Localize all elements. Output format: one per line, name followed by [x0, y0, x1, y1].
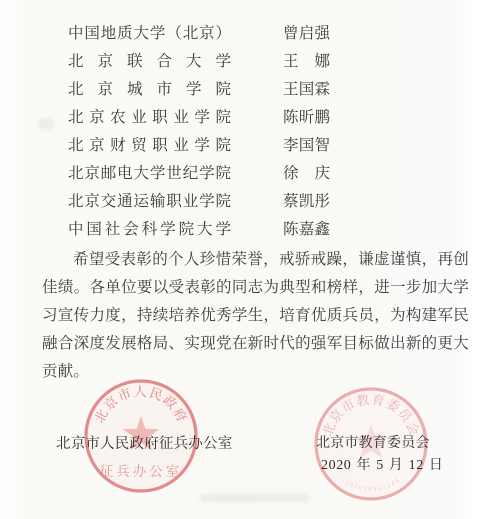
- award-row: 中国社会科学院大学 陈嘉鑫: [68, 216, 477, 244]
- awardee-name: 陈昕鹏: [283, 104, 330, 132]
- university-name: 中国地质大学（北京）: [68, 20, 231, 48]
- scan-smudge: [38, 118, 54, 130]
- awardee-name: 李国智: [283, 132, 330, 160]
- signature-recruitment-office: 北京市人民政府征兵办公室: [56, 432, 232, 453]
- awardee-name: 陈嘉鑫: [283, 216, 330, 244]
- award-row: 北京邮电大学世纪学院 徐庆: [68, 160, 477, 188]
- commendation-document-page: 中国地质大学（北京） 曾启强 北京联合大学 王娜 北京城市学院 王国霖 北京农业…: [0, 0, 477, 519]
- awardee-name: 曾启强: [283, 20, 330, 48]
- signature-education-commission: 北京市教育委员会: [316, 432, 430, 452]
- award-list: 中国地质大学（北京） 曾启强 北京联合大学 王娜 北京城市学院 王国霖 北京农业…: [0, 0, 477, 244]
- awardee-name: 蔡凯彤: [283, 188, 330, 216]
- awardee-name: 王国霖: [283, 76, 330, 104]
- university-name: 北京邮电大学世纪学院: [68, 160, 231, 188]
- award-row: 北京农业职业学院 陈昕鹏: [68, 104, 477, 132]
- seal-bottom-text: 征兵办公室: [100, 463, 183, 479]
- signature-date: 2020 年 5 月 12 日: [321, 457, 444, 475]
- university-name: 中国社会科学院大学: [68, 216, 231, 244]
- award-row: 中国地质大学（北京） 曾启强: [68, 20, 477, 48]
- scan-smudge: [200, 494, 310, 502]
- awardee-name: 王娜: [283, 48, 330, 76]
- award-row: 北京城市学院 王国霖: [68, 76, 477, 104]
- award-row: 北京联合大学 王娜: [68, 48, 477, 76]
- university-name: 北京农业职业学院: [68, 104, 231, 132]
- award-row: 北京交通运输职业学院 蔡凯彤: [68, 188, 477, 216]
- university-name: 北京交通运输职业学院: [68, 188, 231, 216]
- commendation-paragraph: 希望受表彰的个人珍惜荣誉，戒骄戒躁，谦虚谨慎，再创佳绩。各单位要以受表彰的同志为…: [42, 246, 469, 386]
- award-row: 北京财贸职业学院 李国智: [68, 132, 477, 160]
- university-name: 北京联合大学: [68, 48, 231, 76]
- university-name: 北京财贸职业学院: [68, 132, 231, 160]
- university-name: 北京城市学院: [68, 76, 231, 104]
- awardee-name: 徐庆: [283, 160, 330, 188]
